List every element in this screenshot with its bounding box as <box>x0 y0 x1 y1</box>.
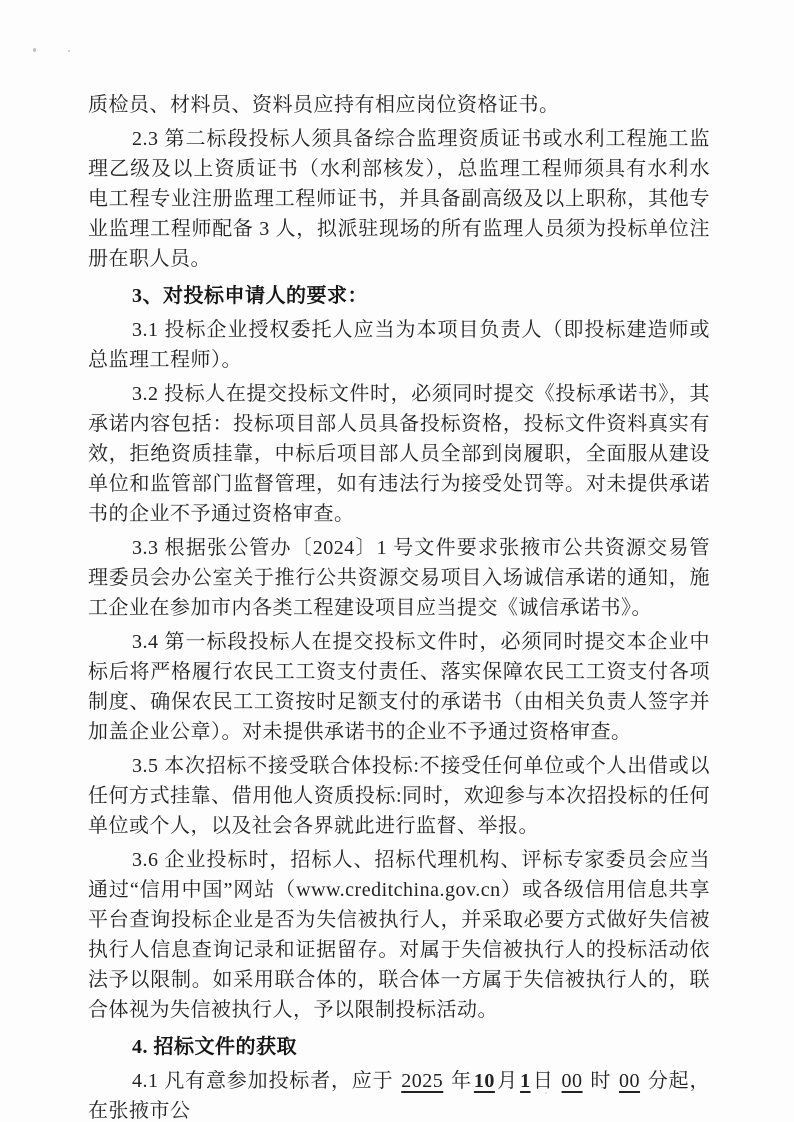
document-paragraph: 质检员、材料员、资料员应持有相应岗位资格证书。 <box>88 90 710 120</box>
fill-in-value: 00 <box>617 1070 642 1092</box>
fill-in-value: 1 <box>518 1070 533 1092</box>
document-paragraph: 2.3 第二标段投标人须具备综合监理资质证书或水利工程施工监理乙级及以上资质证书… <box>88 124 710 274</box>
document-paragraph: 3.1 投标企业授权委托人应当为本项目负责人（即投标建造师或总监理工程师）。 <box>88 315 710 375</box>
text-run: 年 <box>445 1070 472 1092</box>
section-heading: 4. 招标文件的获取 <box>88 1032 710 1062</box>
fill-in-value: 2025 <box>399 1070 445 1092</box>
document-page: 质检员、材料员、资料员应持有相应岗位资格证书。2.3 第二标段投标人须具备综合监… <box>0 0 794 1122</box>
document-paragraph: 3.3 根据张公管办〔2024〕1 号文件要求张掖市公共资源交易管理委员会办公室… <box>88 533 710 623</box>
document-paragraph: 3.4 第一标段投标人在提交投标文件时，必须同时提交本企业中标后将严格履行农民工… <box>88 627 710 747</box>
section-heading: 3、对投标申请人的要求： <box>88 281 710 311</box>
scan-speck <box>68 50 70 52</box>
document-paragraph: 3.6 企业投标时，招标人、招标代理机构、评标专家委员会应当通过“信用中国”网站… <box>88 845 710 1025</box>
document-paragraph: 4.1 凡有意参加投标者，应于 2025 年10月1日 00 时 00 分起，在… <box>88 1066 710 1122</box>
text-run: 时 <box>585 1070 617 1092</box>
document-text-block: 质检员、材料员、资料员应持有相应岗位资格证书。2.3 第二标段投标人须具备综合监… <box>88 90 710 1122</box>
document-paragraph: 3.5 本次招标不接受联合体投标:不接受任何单位或个人出借或以任何方式挂靠、借用… <box>88 751 710 841</box>
fill-in-value: 10 <box>472 1070 497 1092</box>
text-run: 4.1 凡有意参加投标者，应于 <box>132 1070 399 1092</box>
text-run: 日 <box>533 1070 560 1092</box>
scan-speck <box>33 48 36 52</box>
text-run: 月 <box>497 1070 518 1092</box>
document-paragraph: 3.2 投标人在提交投标文件时，必须同时提交《投标承诺书》，其承诺内容包括：投标… <box>88 379 710 529</box>
fill-in-value: 00 <box>560 1070 585 1092</box>
